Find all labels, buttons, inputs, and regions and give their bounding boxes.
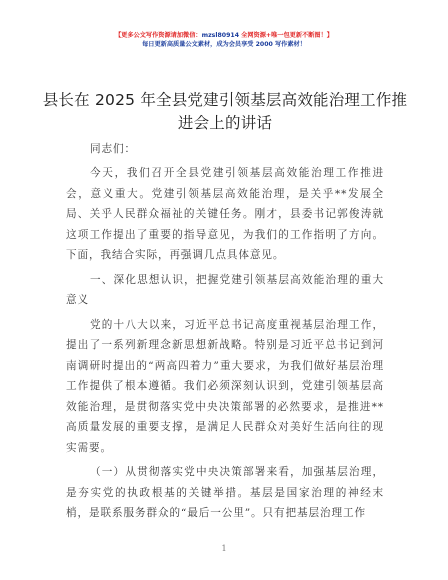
promo-banner-line-1: 【更多公文写作资源请加微信：mzsl80914 全网资源+唯一包更新不断图！】 [0, 31, 448, 40]
document-page: 【更多公文写作资源请加微信：mzsl80914 全网资源+唯一包更新不断图！】 … [0, 0, 448, 580]
section-heading-1: 一、深化思想认识，把握党建引领基层高效能治理的重大意义 [66, 270, 384, 311]
promo-banner-prefix: 【更多公文写作资源请加微信： [115, 32, 202, 39]
promo-banner: 【更多公文写作资源请加微信：mzsl80914 全网资源+唯一包更新不断图！】 … [0, 31, 448, 49]
subsection-1-1: （一）从贯彻落实党中央决策部署来看，加强基层治理，是夯实党的执政根基的关键举措。… [66, 462, 384, 524]
salutation: 同志们： [90, 139, 384, 160]
promo-banner-suffix: 全网资源+唯一包更新不断图！】 [239, 32, 333, 39]
promo-banner-line-2: 每日更新高质量公文素材，成为会员享受 2000 写作素材！ [0, 40, 448, 49]
document-title: 县长在 2025 年全县党建引领基层高效能治理工作推进会上的讲话 [40, 89, 410, 135]
document-body: 同志们： 今天，我们召开全县党建引领基层高效能治理工作推进会，意义重大。党建引领… [66, 139, 384, 524]
paragraph-section-1: 党的十八大以来，习近平总书记高度重视基层治理工作，提出了一系列新理念新思想新战略… [66, 315, 384, 459]
page-number: 1 [0, 544, 448, 553]
promo-banner-wechat-id: mzsl80914 [202, 32, 239, 39]
paragraph-intro: 今天，我们召开全县党建引领基层高效能治理工作推进会，意义重大。党建引领基层高效能… [66, 163, 384, 266]
